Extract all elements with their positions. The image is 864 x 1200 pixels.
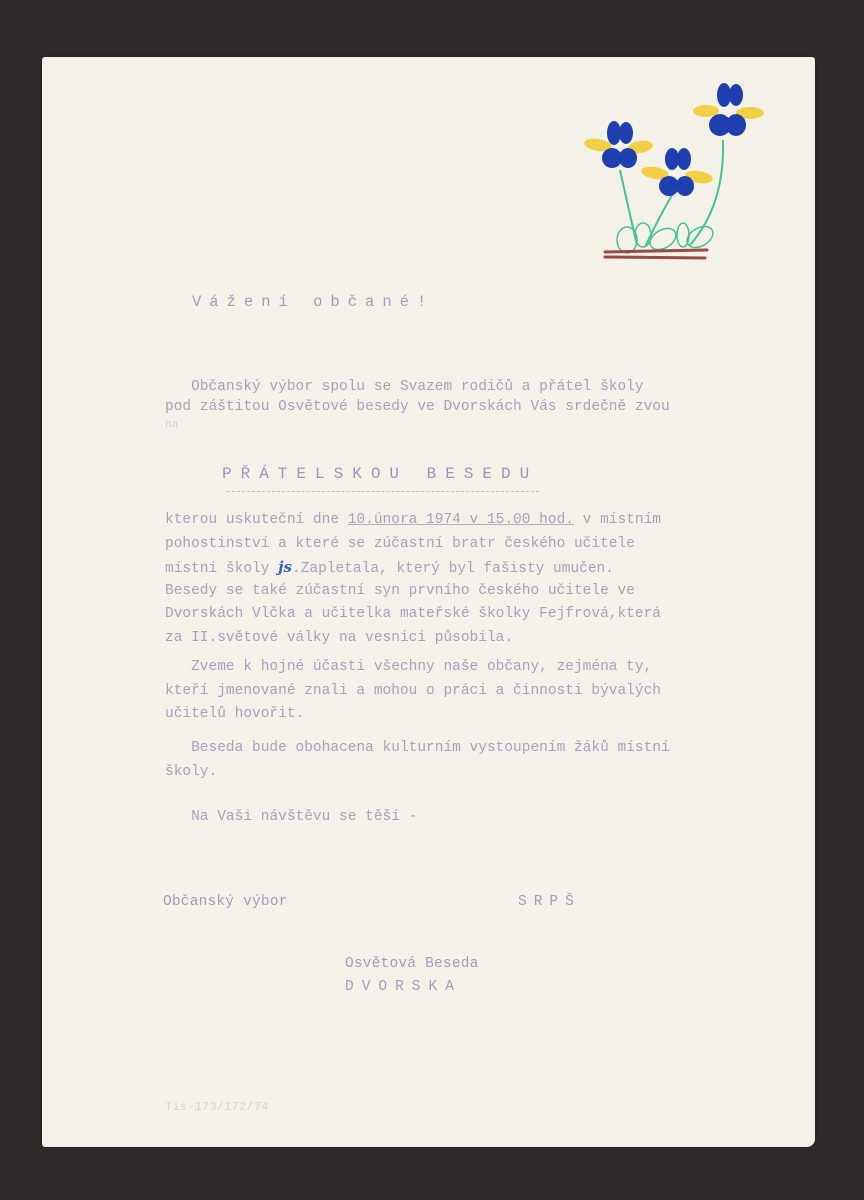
intro-line: pod záštitou Osvětové besedy ve Dvorskác… bbox=[165, 397, 765, 417]
handwritten-insert: js bbox=[278, 558, 292, 576]
event-line: Dvorskách Vlčka a učitelka mateřské škol… bbox=[165, 603, 765, 627]
event-line: pohostinství a které se zúčastní bratr č… bbox=[165, 533, 765, 557]
event-date-time: 10.února 1974 v 15.00 hod. bbox=[348, 512, 574, 528]
page-title: PŘÁTELSKOU BESEDU bbox=[222, 465, 538, 483]
intro-line: Občanský výbor spolu se Svazem rodičů a … bbox=[165, 377, 765, 397]
invite-line: kteří jmenované znali a mohou o práci a … bbox=[165, 680, 765, 704]
event-text: kterou uskuteční dne bbox=[165, 512, 348, 528]
salutation: Vážení občané! bbox=[192, 293, 434, 311]
event-line: místní školy js.Zapletala, který byl faš… bbox=[165, 556, 765, 580]
event-line: za II.světové války na vesnici působila. bbox=[165, 627, 765, 651]
signature-center-line1: Osvětová Beseda bbox=[345, 956, 479, 972]
event-line: Besedy se také zúčastní syn prvního česk… bbox=[165, 580, 765, 604]
invite-line: učitelů hovořit. bbox=[165, 703, 765, 727]
invite-paragraph: Zveme k hojné účasti všechny naše občany… bbox=[165, 656, 765, 727]
culture-line: školy. bbox=[165, 761, 765, 785]
signature-center-line2: DVORSKA bbox=[345, 979, 462, 995]
closing-paragraph: Na Vaši návštěvu se těší - bbox=[165, 806, 765, 830]
event-paragraph: kterou uskuteční dne 10.února 1974 v 15.… bbox=[165, 509, 765, 650]
intro-paragraph: Občanský výbor spolu se Svazem rodičů a … bbox=[165, 377, 765, 433]
flower-drawing-icon bbox=[575, 75, 775, 270]
reference-number: Tis-173/172/74 bbox=[165, 1100, 269, 1114]
signature-right: SRPŠ bbox=[518, 894, 581, 910]
event-line: kterou uskuteční dne 10.února 1974 v 15.… bbox=[165, 509, 765, 533]
invite-line: Zveme k hojné účasti všechny naše občany… bbox=[165, 656, 765, 680]
heading-underline bbox=[227, 491, 539, 492]
event-text: .Zapletala, který byl fašisty umučen. bbox=[292, 561, 614, 577]
culture-line: Beseda bude obohacena kulturním vystoupe… bbox=[165, 737, 765, 761]
event-text: v místním bbox=[574, 512, 661, 528]
event-text: místní školy bbox=[165, 561, 278, 577]
closing-line: Na Vaši návštěvu se těší - bbox=[165, 806, 765, 830]
intro-line: na bbox=[165, 417, 765, 433]
culture-paragraph: Beseda bude obohacena kulturním vystoupe… bbox=[165, 737, 765, 784]
signature-left: Občanský výbor bbox=[163, 894, 288, 910]
